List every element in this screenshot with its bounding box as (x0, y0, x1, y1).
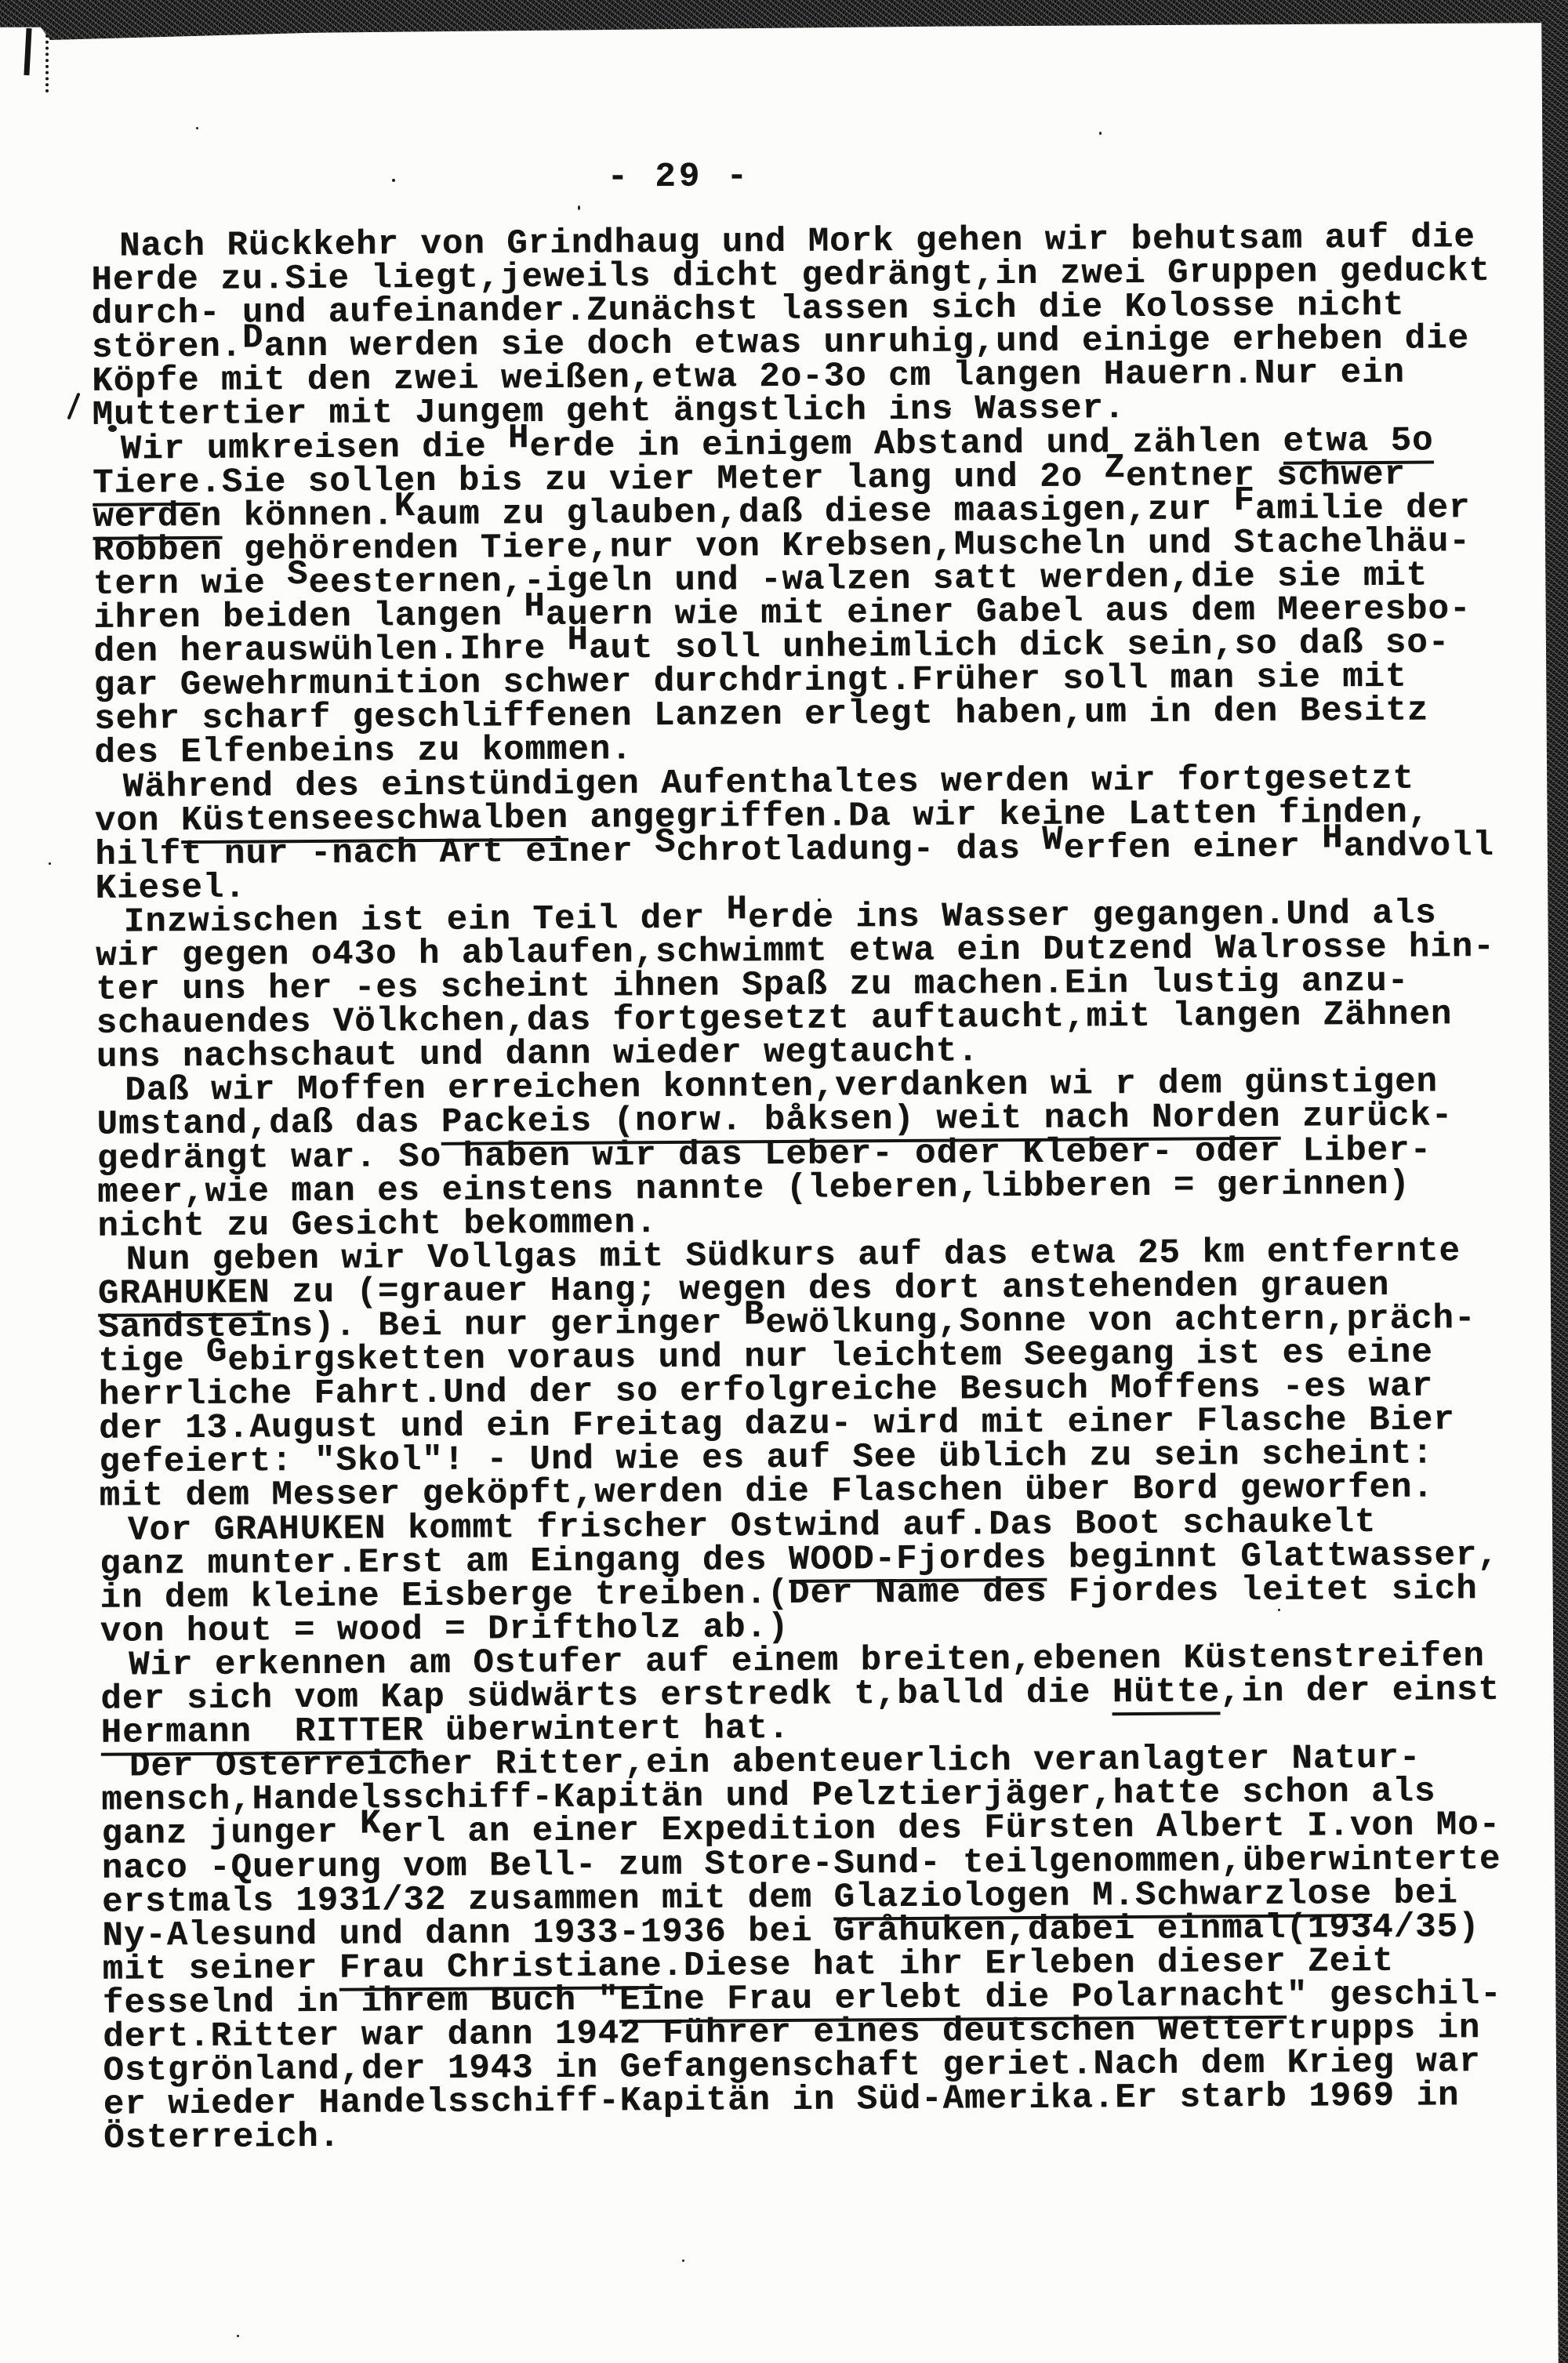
text-segment: B (744, 1295, 766, 1334)
text-segment: Z (1104, 448, 1126, 488)
page-content: - 29 - Nach Rückkehr von Grindhaug und M… (0, 0, 1568, 2363)
text-line: der sich vom Kap südwärts erstredk t,bal… (100, 1673, 1559, 1716)
text-segment: H (1322, 819, 1344, 858)
text-segment: chrotladung- das (676, 829, 1042, 870)
text-segment: Österreich. (103, 2118, 340, 2158)
text-segment: S (287, 555, 309, 594)
text-line: sehr scharf geschliffenen Lanzen erlegt … (94, 694, 1552, 737)
text-segment: H (567, 621, 589, 660)
text-segment: F (1233, 481, 1255, 521)
text-segment: K (394, 487, 416, 526)
text-segment: S (655, 823, 677, 862)
scanned-page: - 29 - Nach Rückkehr von Grindhaug und M… (0, 0, 1568, 2363)
text-line: meer,wie man es einstens nannte (leberen… (97, 1167, 1555, 1210)
text-line: in dem kleine Eisberge treiben.(Der Name… (100, 1572, 1558, 1615)
text-segment: H (508, 419, 530, 458)
text-segment: ,in der einst (1220, 1671, 1500, 1711)
text-segment: H (726, 890, 748, 929)
text-segment: D (242, 319, 264, 358)
text-segment: H (524, 587, 546, 626)
underlined-text: Hütte (1112, 1672, 1221, 1715)
text-line: er wieder Handelsschiff-Kapitän in Süd-A… (103, 2079, 1562, 2122)
page-number: - 29 - (607, 157, 750, 197)
text-segment: K (360, 1805, 382, 1844)
text-segment: G (206, 1333, 228, 1372)
text-segment: andvoll (1343, 826, 1494, 866)
text-segment: erfen einer (1064, 827, 1323, 868)
body-text: Nach Rückkehr von Grindhaug und Mork geh… (91, 221, 1562, 2157)
text-segment: W (1042, 820, 1064, 859)
